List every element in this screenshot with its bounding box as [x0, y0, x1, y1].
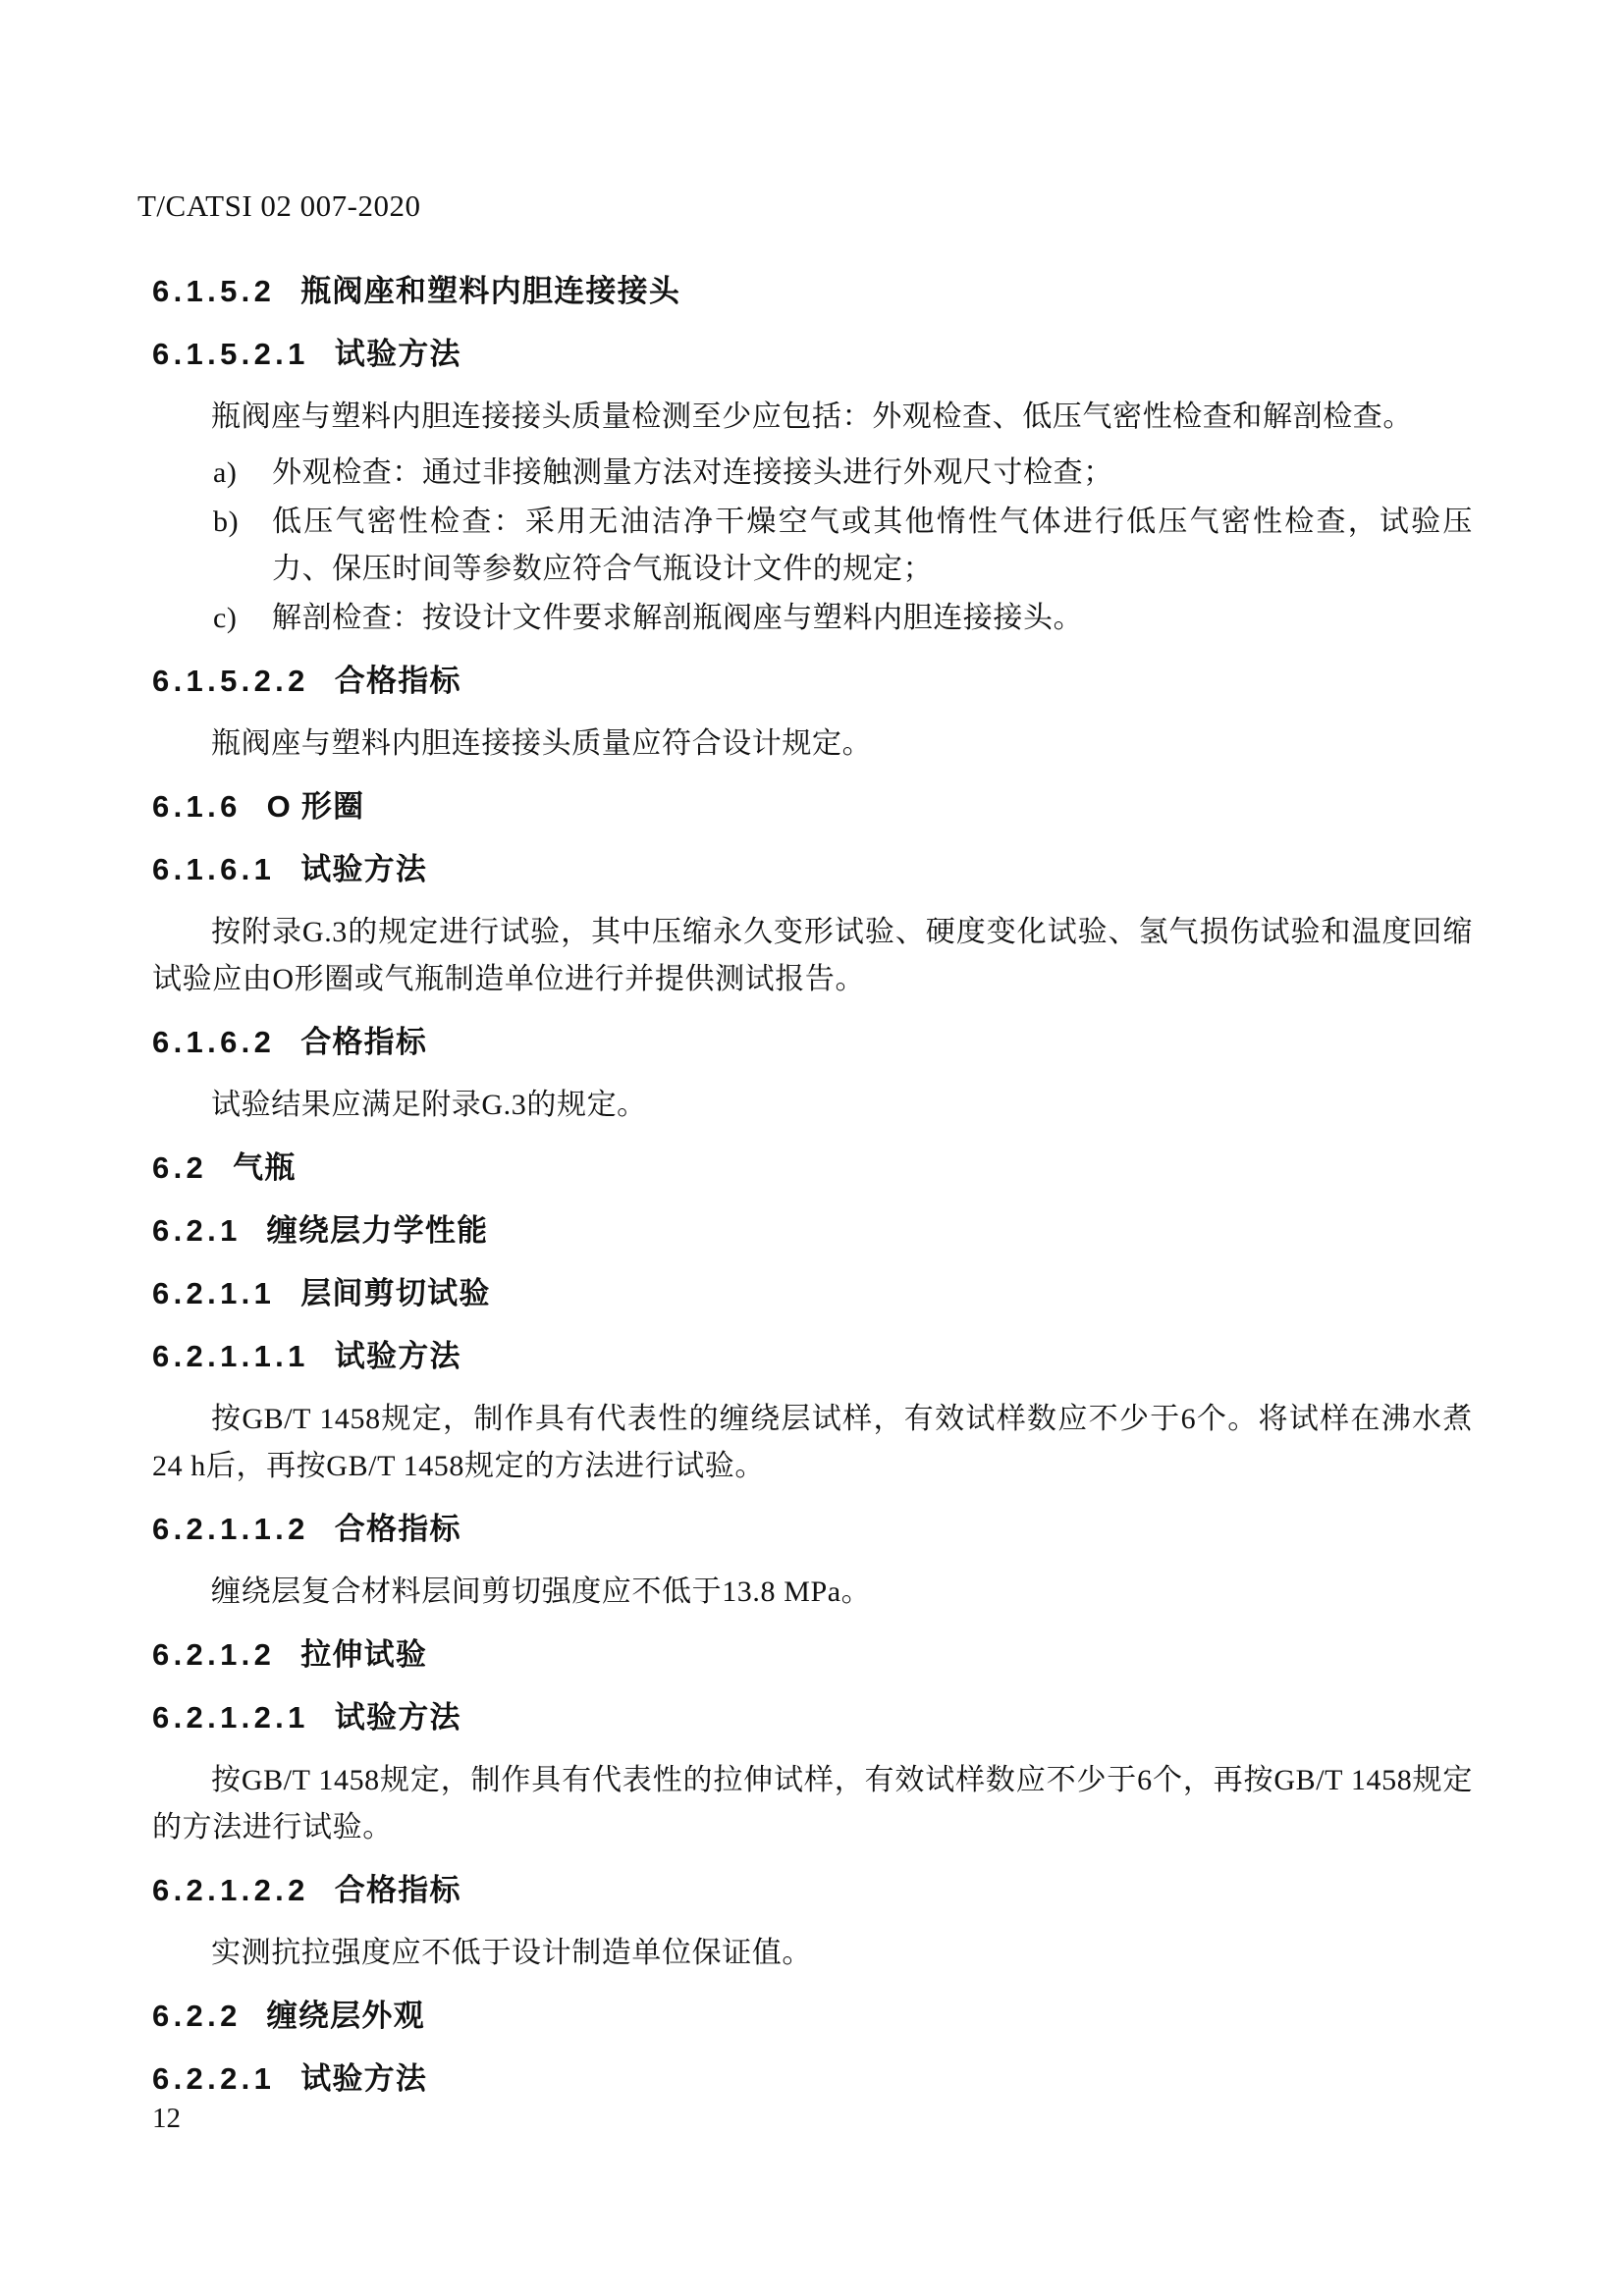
section-title: 试验方法	[335, 1700, 461, 1735]
section-heading: 6.2.1缠绕层力学性能	[152, 1207, 1473, 1255]
section-title: 试验方法	[300, 2061, 427, 2096]
section-title: 缠绕层力学性能	[267, 1213, 489, 1248]
paragraph: 实测抗拉强度应不低于设计制造单位保证值。	[152, 1930, 1473, 1977]
section-heading: 6.1.6O 形圈	[152, 783, 1473, 830]
section-heading: 6.2.1.1.2合格指标	[152, 1506, 1473, 1553]
section-heading: 6.2.2.1试验方法	[152, 2056, 1473, 2103]
document-content: 6.1.5.2瓶阀座和塑料内胆连接接头6.1.5.2.1试验方法瓶阀座与塑料内胆…	[152, 252, 1473, 2118]
section-title: 合格指标	[335, 1873, 461, 1907]
section-number: 6.2	[152, 1150, 207, 1185]
section-number: 6.2.2	[152, 1999, 242, 2033]
page-number: 12	[152, 2103, 181, 2135]
section-title: 拉伸试验	[300, 1637, 427, 1672]
paragraph: 瓶阀座与塑料内胆连接接头质量检测至少应包括：外观检查、低压气密性检查和解剖检查。	[152, 394, 1473, 441]
section-heading: 6.2.2缠绕层外观	[152, 1993, 1473, 2040]
running-header-doc-code: T/CATSI 02 007-2020	[137, 188, 421, 224]
section-heading: 6.2.1.2.2合格指标	[152, 1867, 1473, 1914]
section-number: 6.2.1.1.1	[152, 1339, 309, 1373]
list-item-text: 低压气密性检查：采用无油洁净干燥空气或其他惰性气体进行低压气密性检查，试验压力、…	[272, 506, 1473, 585]
section-heading: 6.2气瓶	[152, 1145, 1473, 1192]
paragraph: 按GB/T 1458规定，制作具有代表性的拉伸试样，有效试样数应不少于6个，再按…	[152, 1757, 1473, 1851]
section-title: 合格指标	[335, 1512, 461, 1546]
paragraph: 按GB/T 1458规定，制作具有代表性的缠绕层试样，有效试样数应不少于6个。将…	[152, 1396, 1473, 1490]
list-item-text: 外观检查：通过非接触测量方法对连接接头进行外观尺寸检查；	[272, 456, 1113, 489]
list-item: a)外观检查：通过非接触测量方法对连接接头进行外观尺寸检查；	[152, 450, 1473, 497]
section-number: 6.1.6.2	[152, 1025, 275, 1059]
section-title: 合格指标	[335, 664, 461, 698]
section-heading: 6.2.1.2.1试验方法	[152, 1694, 1473, 1741]
section-title: 合格指标	[300, 1025, 427, 1059]
document-page: T/CATSI 02 007-2020 6.1.5.2瓶阀座和塑料内胆连接接头6…	[0, 0, 1624, 2296]
section-number: 6.2.1.2.1	[152, 1700, 309, 1735]
section-title: 气瓶	[233, 1150, 296, 1185]
section-heading: 6.2.1.1.1试验方法	[152, 1333, 1473, 1380]
section-number: 6.1.5.2.1	[152, 337, 309, 371]
list-item: b)低压气密性检查：采用无油洁净干燥空气或其他惰性气体进行低压气密性检查，试验压…	[152, 499, 1473, 593]
section-title: 缠绕层外观	[267, 1999, 425, 2033]
list-item: c)解剖检查：按设计文件要求解剖瓶阀座与塑料内胆连接接头。	[152, 595, 1473, 642]
section-number: 6.1.6	[152, 789, 242, 824]
list-item-text: 解剖检查：按设计文件要求解剖瓶阀座与塑料内胆连接接头。	[272, 602, 1083, 634]
section-heading: 6.1.5.2瓶阀座和塑料内胆连接接头	[152, 268, 1473, 315]
section-heading: 6.1.6.2合格指标	[152, 1019, 1473, 1066]
section-number: 6.2.1.1	[152, 1276, 275, 1310]
section-heading: 6.1.5.2.2合格指标	[152, 658, 1473, 705]
section-heading: 6.1.5.2.1试验方法	[152, 331, 1473, 378]
section-title: 层间剪切试验	[300, 1276, 490, 1310]
section-number: 6.2.1.2.2	[152, 1873, 309, 1907]
paragraph: 缠绕层复合材料层间剪切强度应不低于13.8 MPa。	[152, 1569, 1473, 1616]
section-number: 6.2.1.2	[152, 1637, 275, 1672]
list-marker: b)	[213, 499, 239, 546]
section-number: 6.2.2.1	[152, 2061, 275, 2096]
section-number: 6.1.5.2.2	[152, 664, 309, 698]
section-title: 试验方法	[335, 337, 461, 371]
paragraph: 试验结果应满足附录G.3的规定。	[152, 1082, 1473, 1129]
list-marker: c)	[213, 595, 238, 642]
section-title: O 形圈	[267, 789, 365, 824]
section-heading: 6.2.1.1层间剪切试验	[152, 1270, 1473, 1317]
section-number: 6.1.6.1	[152, 852, 275, 886]
paragraph: 按附录G.3的规定进行试验，其中压缩永久变形试验、硬度变化试验、氢气损伤试验和温…	[152, 909, 1473, 1003]
section-number: 6.2.1.1.2	[152, 1512, 309, 1546]
section-number: 6.2.1	[152, 1213, 242, 1248]
section-heading: 6.1.6.1试验方法	[152, 846, 1473, 893]
section-title: 瓶阀座和塑料内胆连接接头	[300, 274, 680, 308]
section-number: 6.1.5.2	[152, 274, 275, 308]
section-title: 试验方法	[300, 852, 427, 886]
section-title: 试验方法	[335, 1339, 461, 1373]
list-marker: a)	[213, 450, 238, 497]
section-heading: 6.2.1.2拉伸试验	[152, 1631, 1473, 1679]
paragraph: 瓶阀座与塑料内胆连接接头质量应符合设计规定。	[152, 721, 1473, 768]
